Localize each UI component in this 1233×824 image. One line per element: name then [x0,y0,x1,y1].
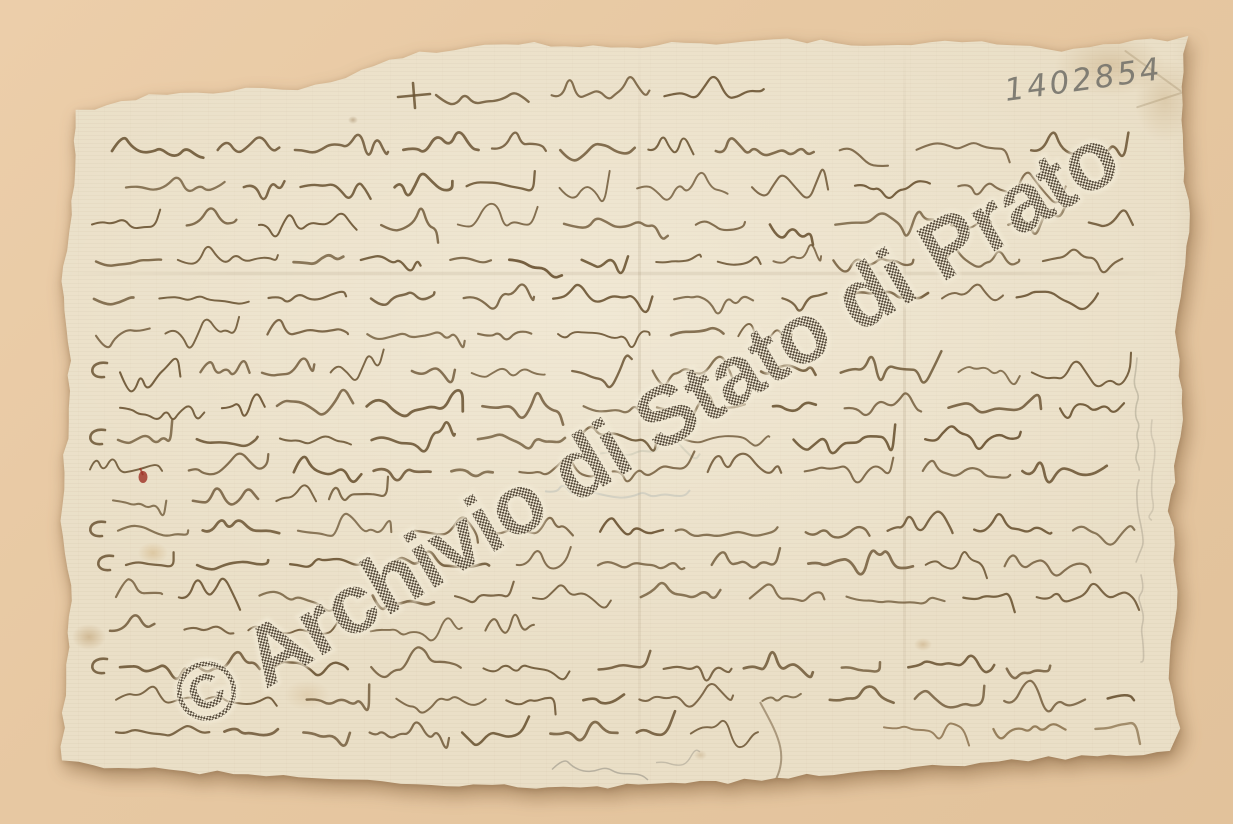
pencil-note [552,750,700,780]
paper-shadow-wrap: © Archivio di Stato di Prato © Archivio … [0,0,1233,824]
handwriting-ink [0,0,1233,824]
red-ink-mark [139,468,148,483]
signature-line [884,723,1140,745]
scan-background: © Archivio di Stato di Prato © Archivio … [0,0,1233,824]
manuscript-paper: © Archivio di Stato di Prato © Archivio … [0,0,1233,824]
heading-line [398,77,764,108]
bleed-through [545,358,1155,662]
pen-flourish [760,702,781,786]
body-lines [90,132,1139,747]
